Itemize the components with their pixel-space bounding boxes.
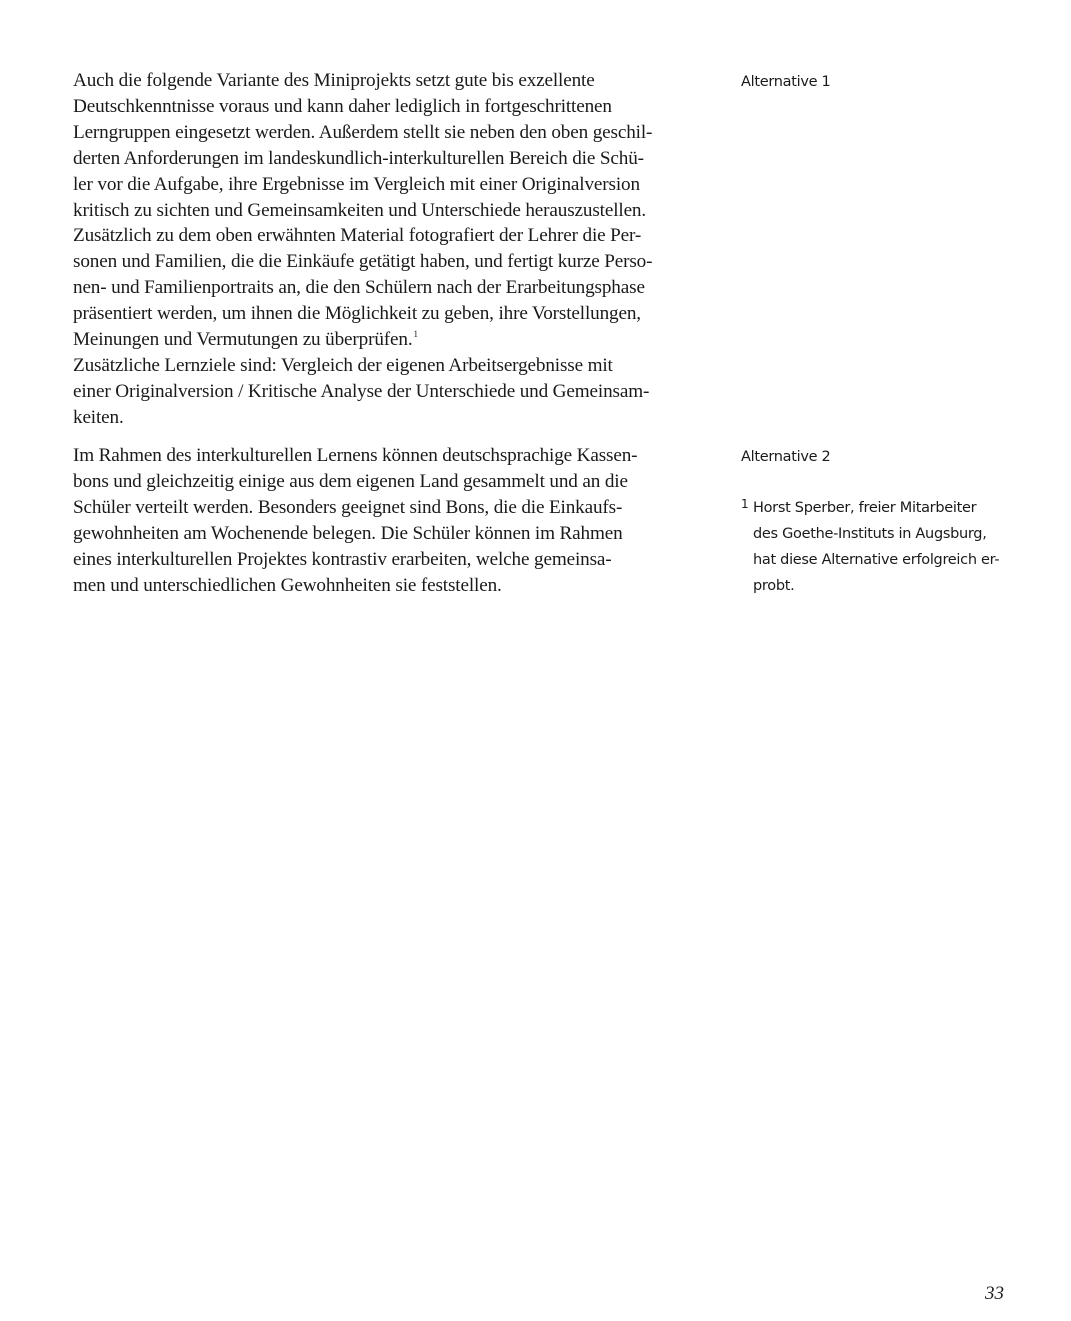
text-line: men und unterschiedlichen Gewohnheiten s… xyxy=(73,573,713,599)
text-line-with-footnote: Meinungen und Vermutungen zu überprüfen.… xyxy=(73,327,713,353)
footnote-line: hat diese Alternative erfolgreich er- xyxy=(753,547,1041,573)
footnote-number: 1 xyxy=(741,491,748,517)
footnote-line: Horst Sperber, freier Mitarbeiter xyxy=(753,495,1041,521)
text-line: eines interkulturellen Projektes kontras… xyxy=(73,547,713,573)
footnote-text: Horst Sperber, freier Mitarbeiter des Go… xyxy=(753,495,1041,599)
text-line: Deutschkenntnisse voraus und kann daher … xyxy=(73,94,713,120)
text-line: bons und gleichzeitig einige aus dem eig… xyxy=(73,469,713,495)
text-line: Zusätzlich zu dem oben erwähnten Materia… xyxy=(73,223,713,249)
text-line: nen- und Familienportraits an, die den S… xyxy=(73,275,713,301)
footnote-line: probt. xyxy=(753,573,1041,599)
text-line: präsentiert werden, um ihnen die Möglich… xyxy=(73,301,713,327)
text-line: sonen und Familien, die die Einkäufe get… xyxy=(73,249,713,275)
paragraph-alternative-1: Auch die folgende Variante des Miniproje… xyxy=(73,68,713,431)
text-line: einer Originalversion / Kritische Analys… xyxy=(73,379,713,405)
page-number: 33 xyxy=(985,1283,1004,1305)
footnote-reference: 1 xyxy=(413,329,417,339)
text-line: Auch die folgende Variante des Miniproje… xyxy=(73,68,713,94)
text-line: gewohnheiten am Wochenende belegen. Die … xyxy=(73,521,713,547)
paragraph-alternative-2: Im Rahmen des interkulturellen Lernens k… xyxy=(73,443,713,598)
text-line: ler vor die Aufgabe, ihre Ergebnisse im … xyxy=(73,172,713,198)
text-line: Zusätzliche Lernziele sind: Vergleich de… xyxy=(73,353,713,379)
text-line: kritisch zu sichten und Gemeinsamkeiten … xyxy=(73,198,713,224)
margin-label-alternative-1: Alternative 1 xyxy=(741,69,831,95)
footnote-line: des Goethe-Instituts in Augsburg, xyxy=(753,521,1041,547)
margin-label-alternative-2: Alternative 2 xyxy=(741,444,831,470)
text-line: keiten. xyxy=(73,405,713,431)
text-line: Im Rahmen des interkulturellen Lernens k… xyxy=(73,443,713,469)
text-line: derten Anforderungen im landeskundlich-i… xyxy=(73,146,713,172)
text-line: Lerngruppen eingesetzt werden. Außerdem … xyxy=(73,120,713,146)
footnote: 1 Horst Sperber, freier Mitarbeiter des … xyxy=(741,495,1041,599)
text-line: Meinungen und Vermutungen zu überprüfen. xyxy=(73,329,412,350)
text-line: Schüler verteilt werden. Besonders geeig… xyxy=(73,495,713,521)
